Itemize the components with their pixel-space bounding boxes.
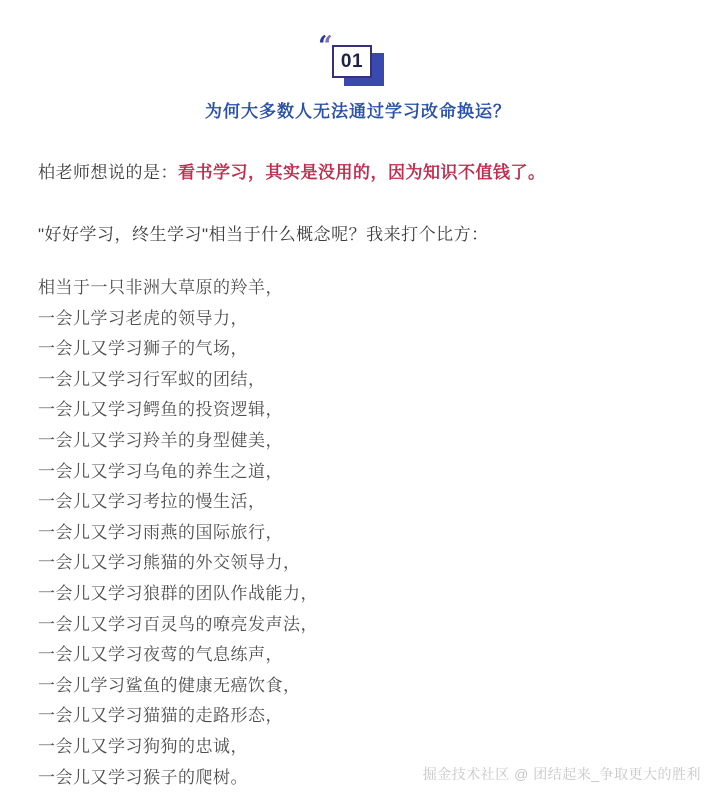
list-line: 一会儿学习老虎的领导力， <box>38 304 678 335</box>
section-number: 01 <box>341 51 363 73</box>
badge-box: 01 <box>332 45 372 78</box>
analogy-list: 相当于一只非洲大草原的羚羊，一会儿学习老虎的领导力，一会儿又学习狮子的气场，一会… <box>38 273 678 793</box>
list-line: 一会儿又学习夜莺的气息练声， <box>38 640 678 671</box>
article-page: 01 ‘‘ 为何大多数人无法通过学习改命换运？ 柏老师想说的是：看书学习，其实是… <box>0 0 716 793</box>
list-line: 一会儿又学习羚羊的身型健美， <box>38 426 678 457</box>
list-line: 相当于一只非洲大草原的羚羊， <box>38 273 678 304</box>
list-line: 一会儿又学习考拉的慢生活， <box>38 487 678 518</box>
quote-right-mark: ‘ <box>323 31 328 62</box>
list-line: 一会儿又学习行军蚁的团结， <box>38 365 678 396</box>
list-line: 一会儿又学习狼群的团队作战能力， <box>38 579 678 610</box>
opening-quote-icon: ‘‘ <box>318 33 329 60</box>
list-line: 一会儿学习鲨鱼的健康无癌饮食， <box>38 671 678 702</box>
intro-highlight-text: 看书学习，其实是没用的，因为知识不值钱了。 <box>178 163 546 182</box>
list-line: 一会儿又学习狗狗的忠诚， <box>38 732 678 763</box>
list-line: 一会儿又学习猫猫的走路形态， <box>38 701 678 732</box>
list-line: 一会儿又学习狮子的气场， <box>38 334 678 365</box>
article-body: 柏老师想说的是：看书学习，其实是没用的，因为知识不值钱了。 "好好学习，终生学习… <box>0 158 716 793</box>
watermark: 掘金技术社区 @ 团结起来_争取更大的胜利 <box>423 764 701 784</box>
intro-prefix-text: 柏老师想说的是： <box>38 163 178 182</box>
analogy-lead-paragraph: "好好学习，终生学习"相当于什么概念呢？我来打个比方： <box>38 220 678 249</box>
list-line: 一会儿又学习百灵鸟的嘹亮发声法， <box>38 610 678 641</box>
list-line: 一会儿又学习熊猫的外交领导力， <box>38 548 678 579</box>
article-title: 为何大多数人无法通过学习改命换运？ <box>0 97 716 122</box>
section-badge: 01 ‘‘ <box>0 0 716 87</box>
list-line: 一会儿又学习鳄鱼的投资逻辑， <box>38 395 678 426</box>
list-line: 一会儿又学习乌龟的养生之道， <box>38 457 678 488</box>
section-badge-group: 01 ‘‘ <box>332 45 384 87</box>
list-line: 一会儿又学习雨燕的国际旅行， <box>38 518 678 549</box>
intro-paragraph: 柏老师想说的是：看书学习，其实是没用的，因为知识不值钱了。 <box>38 158 678 187</box>
